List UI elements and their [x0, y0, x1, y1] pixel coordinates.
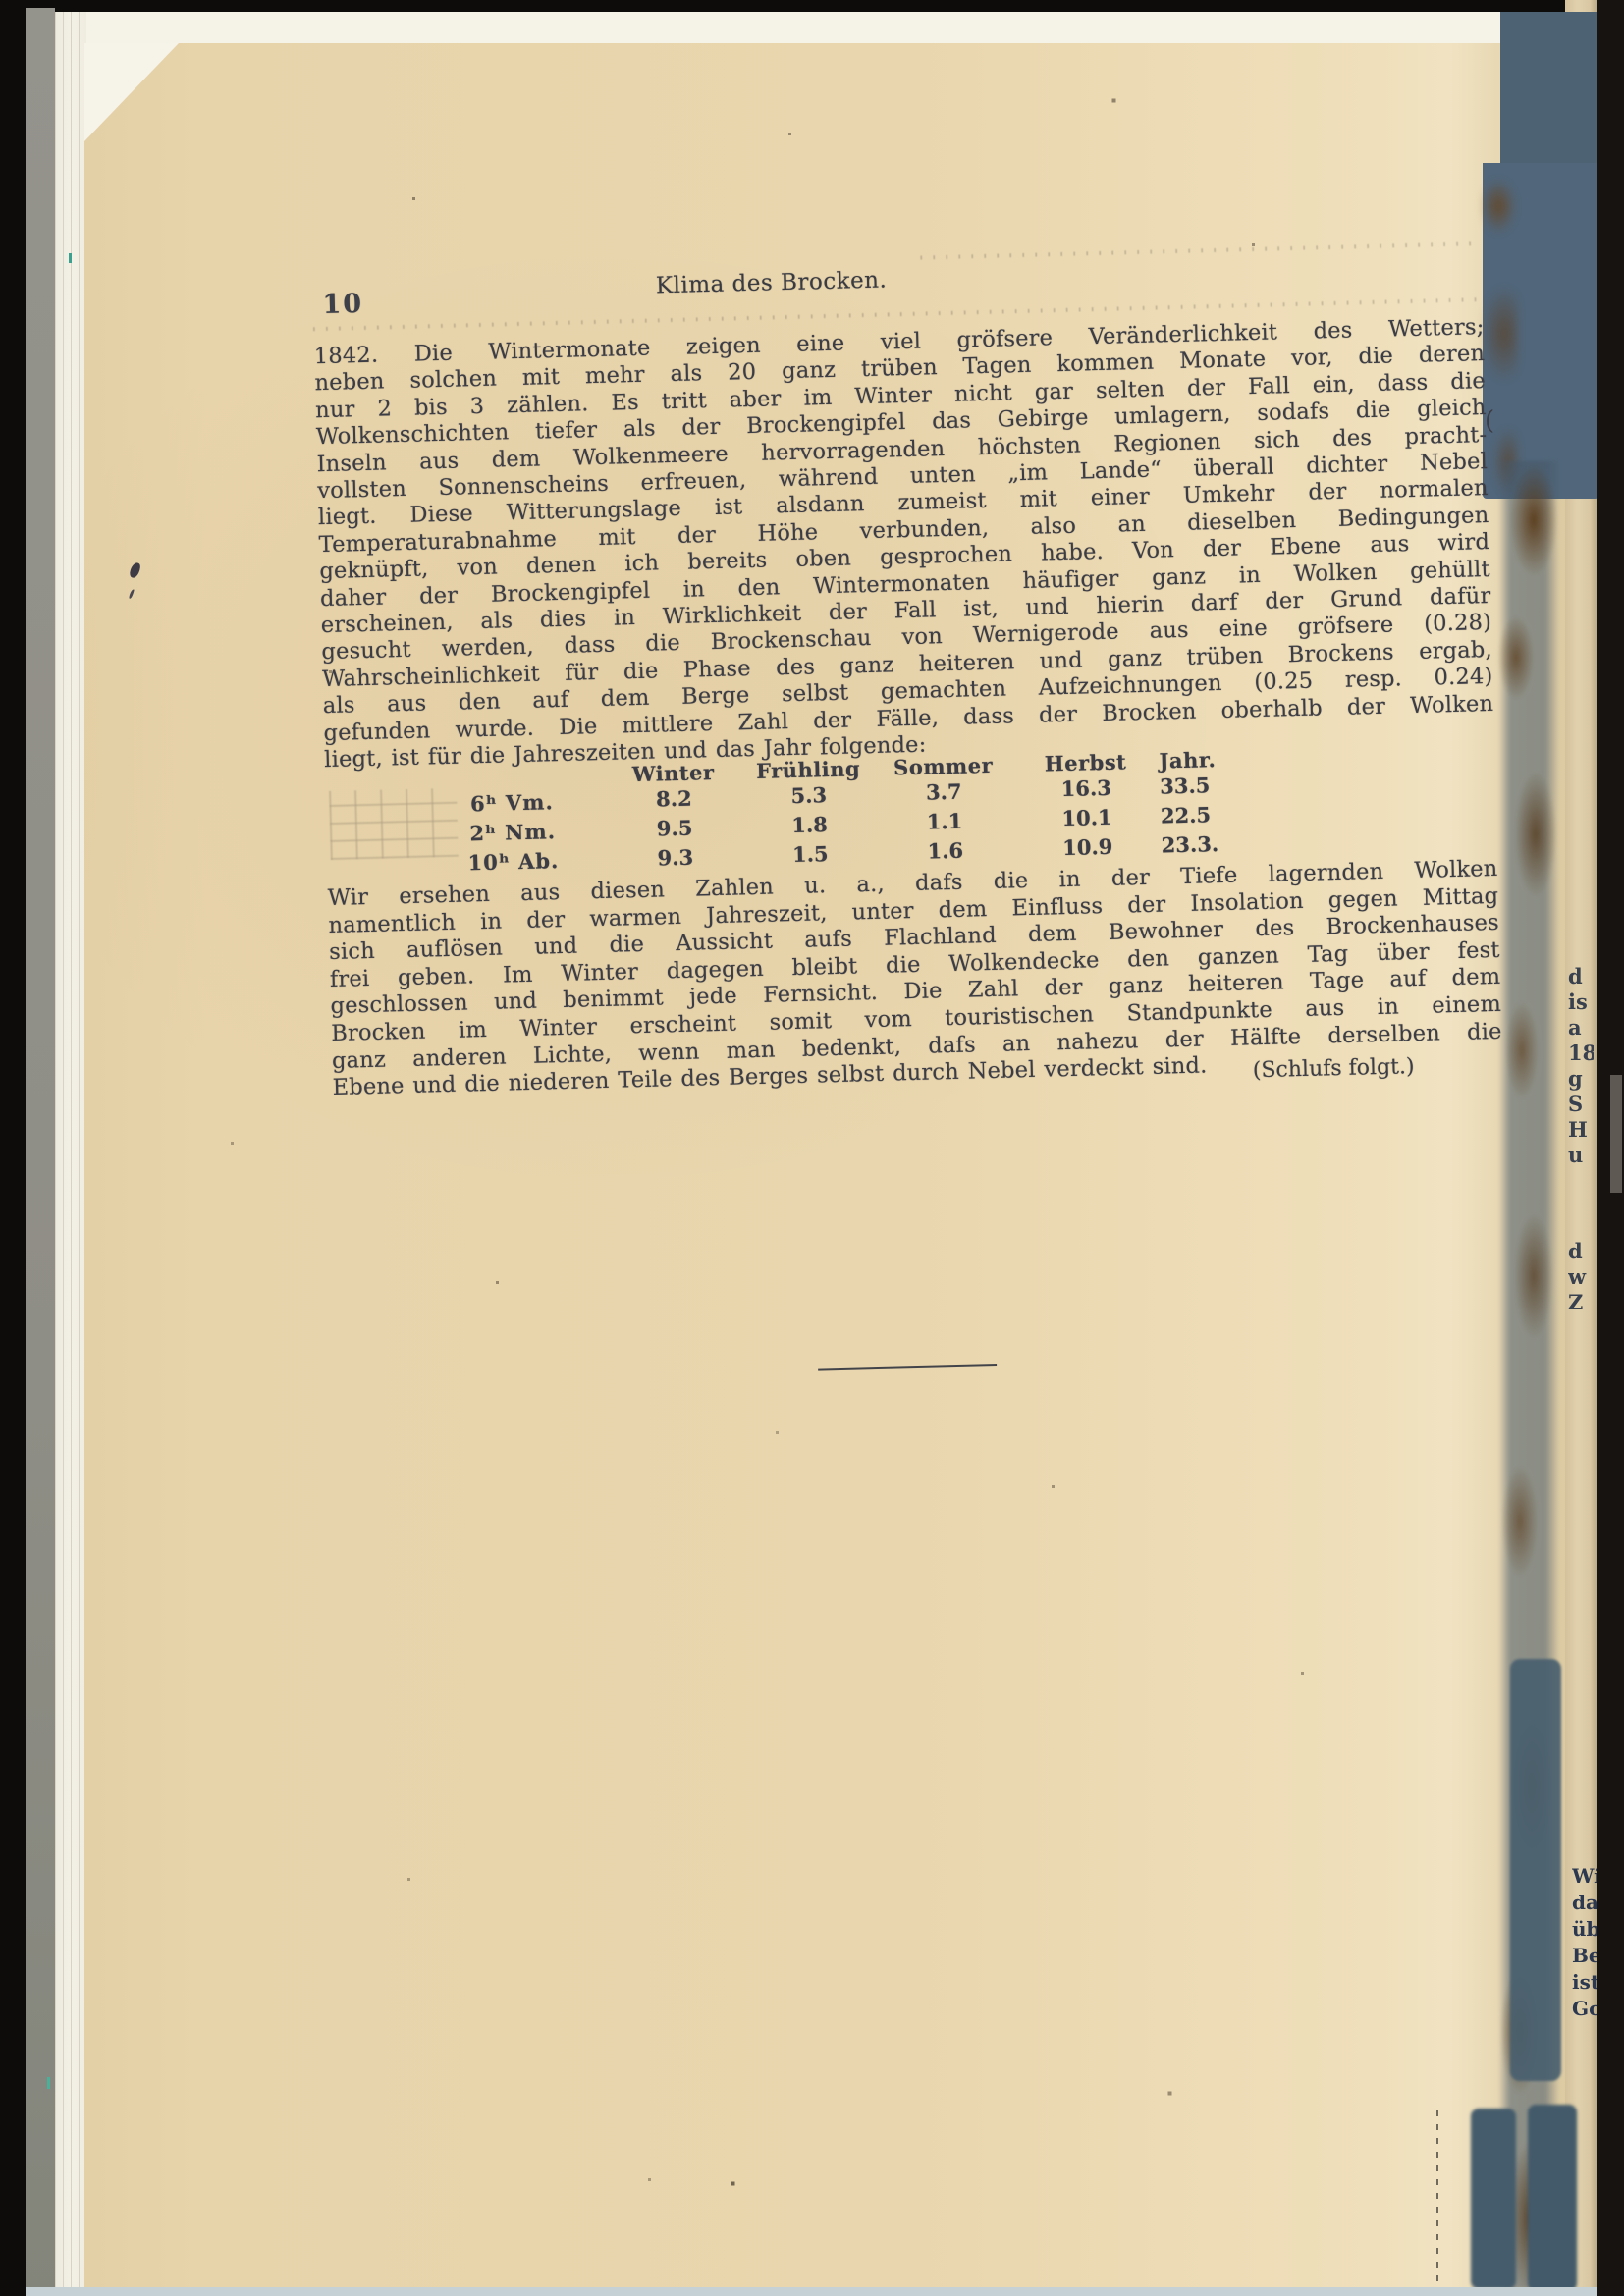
column-header: Sommer — [874, 752, 1012, 780]
edge-text-fragment: d — [1568, 964, 1594, 989]
edge-text-fragment: u — [1568, 1143, 1594, 1168]
edge-text-fragment: w — [1568, 1264, 1594, 1290]
table-value: 23.3. — [1161, 831, 1218, 857]
table-value: 22.5 — [1161, 802, 1212, 828]
edge-text-fragment: a — [1568, 1015, 1594, 1041]
scan-artifact-speckles — [84, 43, 85, 44]
scan-bed-strip — [26, 2287, 1597, 2296]
edge-fragments-mid: disa18gSHu — [1568, 964, 1594, 1168]
edge-fragments-lower: dwZ — [1568, 1239, 1594, 1315]
page-content: 10 Klima des Brocken. 1842. Die Wintermo… — [305, 0, 1513, 1486]
table-value: 3.7 — [875, 777, 1013, 806]
row-label: 10ʰ Ab. — [420, 847, 608, 877]
edge-text-fragment: is — [1568, 989, 1594, 1015]
table-corner-cell — [418, 782, 605, 787]
row-label: 6ʰ Vm. — [418, 788, 606, 818]
section-divider — [818, 1364, 997, 1371]
page-stack-edges — [55, 12, 86, 2291]
book-board-edge — [26, 8, 55, 2296]
edge-text-fragment: S — [1568, 1092, 1594, 1117]
table-value: 1.6 — [877, 836, 1015, 865]
table-value: 9.3 — [607, 843, 745, 872]
scan-artifact-blue-segment — [1510, 1659, 1561, 2081]
pencil-mark — [47, 2077, 50, 2089]
table-value: 1.5 — [744, 840, 878, 868]
row-label: 2ʰ Nm. — [419, 818, 607, 847]
running-header: Klima des Brocken. — [312, 259, 1230, 308]
scan-artifact-notch — [1610, 1075, 1622, 1193]
column-header: Herbst — [1011, 749, 1160, 777]
edge-text-fragment: d — [1568, 1239, 1594, 1264]
column-header: Winter — [604, 759, 742, 787]
column-header: Jahr. — [1159, 747, 1216, 773]
edge-text-fragment: Z — [1568, 1290, 1594, 1315]
column-header: Frühling — [741, 756, 875, 783]
paragraph-1: 1842. Die Wintermonate zeigen eine viel … — [314, 314, 1495, 774]
table-value: 10.9 — [1013, 833, 1162, 862]
scan-artifact-blue-segment — [1471, 2109, 1516, 2289]
table-value: 5.3 — [742, 781, 876, 809]
table-value: 1.8 — [743, 811, 877, 838]
table-value: 16.3 — [1012, 774, 1161, 803]
table-value: 1.1 — [876, 807, 1014, 835]
edge-text-fragment: H — [1568, 1117, 1594, 1143]
table-value: 33.5 — [1160, 773, 1211, 798]
edge-text-fragment: 18 — [1568, 1041, 1594, 1066]
seasonal-table: WinterFrühlingSommerHerbstJahr. 6ʰ Vm. 8… — [417, 745, 1309, 881]
scan-artifact-blue-segment — [1528, 2105, 1577, 2291]
table-value: 10.1 — [1013, 804, 1162, 832]
pencil-mark — [69, 253, 72, 263]
scan-artifact-ghosting — [920, 241, 1482, 259]
margin-mark-paren: ( — [1485, 406, 1494, 436]
table-value: 8.2 — [605, 784, 743, 813]
edge-text-fragment: g — [1568, 1066, 1594, 1092]
scan-artifact-crease — [1436, 2110, 1438, 2287]
table-value: 9.5 — [606, 814, 744, 842]
